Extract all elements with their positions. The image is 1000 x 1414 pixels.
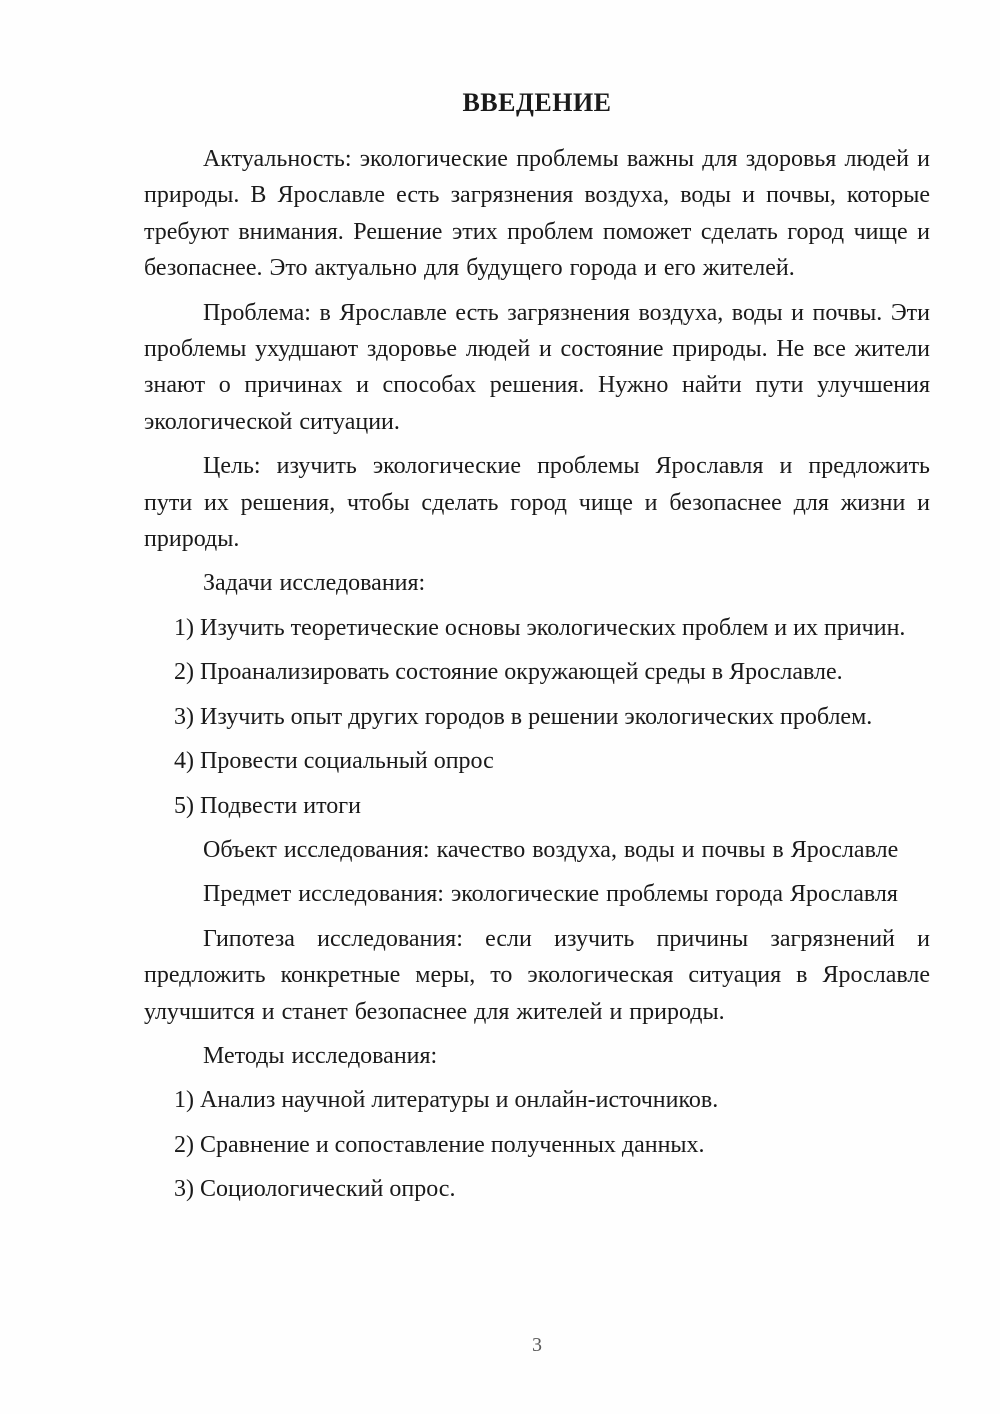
task-item-1: 1) Изучить теоретические основы экологич… xyxy=(174,610,930,646)
paragraph-research-subject: Предмет исследования: экологические проб… xyxy=(144,876,930,912)
paragraph-problem: Проблема: в Ярославле есть загрязнения в… xyxy=(144,295,930,441)
paragraph-research-object: Объект исследования: качество воздуха, в… xyxy=(144,832,930,868)
page-title: ВВЕДЕНИЕ xyxy=(144,87,930,119)
task-item-5: 5) Подвести итоги xyxy=(174,788,930,824)
task-item-2: 2) Проанализировать состояние окружающей… xyxy=(174,654,930,690)
method-item-3: 3) Социологический опрос. xyxy=(174,1171,930,1207)
tasks-heading: Задачи исследования: xyxy=(144,565,930,601)
task-item-4: 4) Провести социальный опрос xyxy=(174,743,930,779)
paragraph-actuality: Актуальность: экологические проблемы важ… xyxy=(144,141,930,287)
paragraph-hypothesis: Гипотеза исследования: если изучить прич… xyxy=(144,921,930,1030)
task-item-3: 3) Изучить опыт других городов в решении… xyxy=(174,699,930,735)
document-page: ВВЕДЕНИЕ Актуальность: экологические про… xyxy=(0,0,1000,1414)
method-item-2: 2) Сравнение и сопоставление полученных … xyxy=(174,1127,930,1163)
method-item-1: 1) Анализ научной литературы и онлайн-ис… xyxy=(174,1082,930,1118)
methods-heading: Методы исследования: xyxy=(144,1038,930,1074)
document-content: ВВЕДЕНИЕ Актуальность: экологические про… xyxy=(144,0,930,1208)
page-number: 3 xyxy=(144,1332,930,1358)
paragraph-goal: Цель: изучить экологические проблемы Яро… xyxy=(144,448,930,557)
